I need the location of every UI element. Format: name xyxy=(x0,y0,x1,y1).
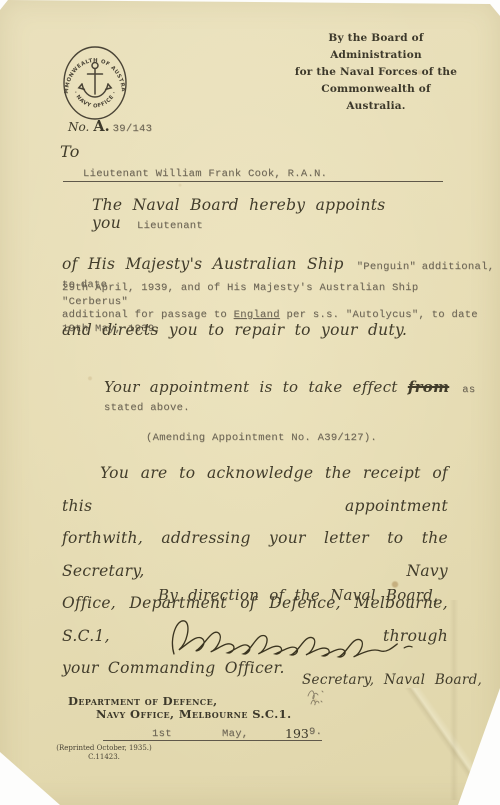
document-number-line: No.A.39/143 xyxy=(68,118,152,135)
fine-print: (Reprinted October, 1935.) C.11423. xyxy=(46,744,162,762)
document-paper: By the Board of Administration for the N… xyxy=(0,0,500,805)
navy-office-seal: COMMONWEALTH OF AUSTRALIA · NAVY OFFICE … xyxy=(60,44,130,122)
anchor-icon xyxy=(79,63,111,98)
appointment-rank: Lieutenant xyxy=(137,220,203,232)
board-header: By the Board of Administration for the N… xyxy=(292,30,460,115)
secretary-caption: Secretary, Naval Board, xyxy=(302,672,500,708)
directs-line: and directs you to repair to your duty. xyxy=(62,321,407,339)
footer-office-line: Navy Office, Melbourne S.C.1. xyxy=(96,707,291,721)
typed-line2-post: per s.s. "Autolycus", to date xyxy=(280,309,478,321)
acknowledge-line-1: You are to acknowledge the receipt of th… xyxy=(62,457,448,522)
ship-printed-text: of His Majesty's Australian Ship xyxy=(62,255,344,273)
svg-text:COMMONWEALTH OF AUSTRALIA: COMMONWEALTH OF AUSTRALIA xyxy=(60,44,126,94)
date-month: May, xyxy=(222,728,248,740)
series-letter: A. xyxy=(93,118,109,135)
footer-department-line: Department of Defence, xyxy=(68,694,217,708)
typed-line2-england: England xyxy=(234,309,280,321)
date-year-typed: 9. xyxy=(309,726,322,738)
header-line-3: Commonwealth of Australia. xyxy=(292,81,460,115)
to-label: To xyxy=(60,142,80,161)
by-direction-line: By direction of the Naval Board, xyxy=(158,586,438,604)
date-year-printed: 193 xyxy=(285,726,309,741)
effect-struck-word: from xyxy=(408,378,449,396)
document-number: 39/143 xyxy=(113,123,153,135)
secretary-signature xyxy=(168,608,426,670)
header-line-1: By the Board of Administration xyxy=(292,30,460,64)
typed-line2-pre: additional for passage to xyxy=(62,309,234,321)
scan-background: By the Board of Administration for the N… xyxy=(0,0,500,805)
typed-detail-line-1: 29th April, 1939, and of His Majesty's A… xyxy=(62,282,482,309)
acknowledge-line-2: forthwith, addressing your letter to the… xyxy=(62,522,448,587)
appointment-line: The Naval Board hereby appoints youLieut… xyxy=(92,196,500,232)
effect-line: Your appointment is to take effect froma… xyxy=(104,378,500,414)
date-line: 1st May, 193 9. xyxy=(103,724,322,741)
addressee-line: ToLieutenant William Frank Cook, R.A.N. xyxy=(60,142,448,182)
amending-line: (Amending Appointment No. A39/127). xyxy=(146,432,377,444)
header-line-2: for the Naval Forces of the xyxy=(292,64,460,81)
effect-printed-text: Your appointment is to take effect xyxy=(104,378,408,396)
secretary-caption-text: Secretary, Naval Board, xyxy=(302,672,482,688)
date-day: 1st xyxy=(152,728,172,740)
seal-top-text: COMMONWEALTH OF AUSTRALIA xyxy=(60,44,126,94)
print-code: C.11423. xyxy=(46,753,162,762)
reprint-note: (Reprinted October, 1935.) xyxy=(46,744,162,753)
pencil-initials xyxy=(304,688,328,708)
no-label: No. xyxy=(68,120,89,134)
addressee-rule: Lieutenant William Frank Cook, R.A.N. xyxy=(63,161,443,182)
addressee-name: Lieutenant William Frank Cook, R.A.N. xyxy=(83,168,327,180)
